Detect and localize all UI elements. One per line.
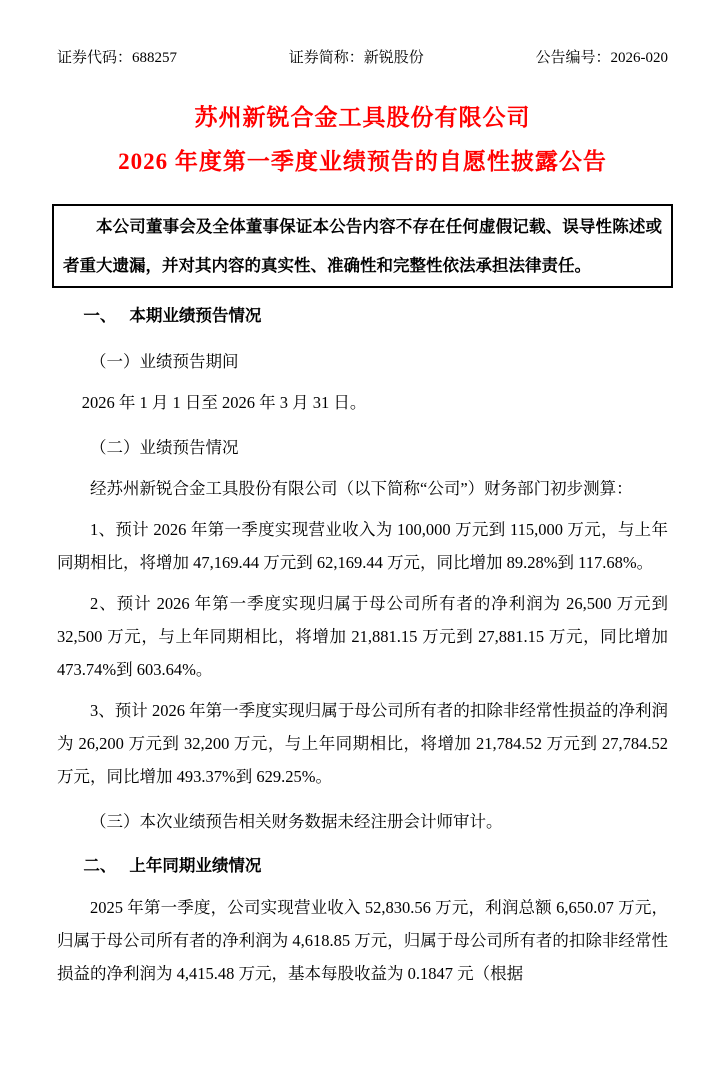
section2-heading: 二、上年同期业绩情况 — [57, 850, 668, 883]
forecast-item-revenue: 1、预计 2026 年第一季度实现营业收入为 100,000 万元到 115,0… — [57, 513, 668, 579]
stock-code: 证券代码：688257 — [57, 50, 177, 66]
announcement-subject-title: 2026 年度第一季度业绩预告的自愿性披露公告 — [0, 147, 725, 177]
document-title-block: 苏州新锐合金工具股份有限公司 2026 年度第一季度业绩预告的自愿性披露公告 — [0, 103, 725, 177]
section1-sub2-heading: （二）业绩预告情况 — [57, 431, 668, 464]
disclaimer-box: 本公司董事会及全体董事保证本公告内容不存在任何虚假记载、误导性陈述或者重大遗漏，… — [52, 204, 673, 288]
stock-short-name: 证券简称：新锐股份 — [289, 50, 424, 66]
forecast-period-text: 2026 年 1 月 1 日至 2026 年 3 月 31 日。 — [57, 386, 668, 419]
company-name-title: 苏州新锐合金工具股份有限公司 — [0, 103, 725, 133]
section1-heading-title: 本期业绩预告情况 — [129, 307, 261, 325]
forecast-item-net-profit: 2、预计 2026 年第一季度实现归属于母公司所有者的净利润为 26,500 万… — [57, 587, 668, 686]
section2-heading-number: 二、 — [83, 857, 116, 875]
announcement-number: 公告编号：2026-020 — [536, 50, 669, 66]
section1-sub1-heading: （一）业绩预告期间 — [57, 345, 668, 378]
prior-year-results-text: 2025 年第一季度，公司实现营业收入 52,830.56 万元，利润总额 6,… — [57, 891, 668, 990]
section1-heading: 一、本期业绩预告情况 — [57, 300, 668, 333]
section2-heading-title: 上年同期业绩情况 — [129, 857, 261, 875]
section1-heading-number: 一、 — [83, 307, 116, 325]
document-body: 一、本期业绩预告情况 （一）业绩预告期间 2026 年 1 月 1 日至 202… — [57, 300, 668, 990]
document-page: 证券代码：688257 证券简称：新锐股份 公告编号：2026-020 苏州新锐… — [0, 0, 725, 1090]
forecast-intro-text: 经苏州新锐合金工具股份有限公司（以下简称“公司”）财务部门初步测算： — [57, 472, 668, 505]
document-meta-row: 证券代码：688257 证券简称：新锐股份 公告编号：2026-020 — [0, 0, 725, 66]
section1-sub3-audit-note: （三）本次业绩预告相关财务数据未经注册会计师审计。 — [57, 805, 668, 838]
forecast-item-deducted-net-profit: 3、预计 2026 年第一季度实现归属于母公司所有者的扣除非经常性损益的净利润为… — [57, 694, 668, 793]
disclaimer-text: 本公司董事会及全体董事保证本公告内容不存在任何虚假记载、误导性陈述或者重大遗漏，… — [63, 207, 662, 285]
